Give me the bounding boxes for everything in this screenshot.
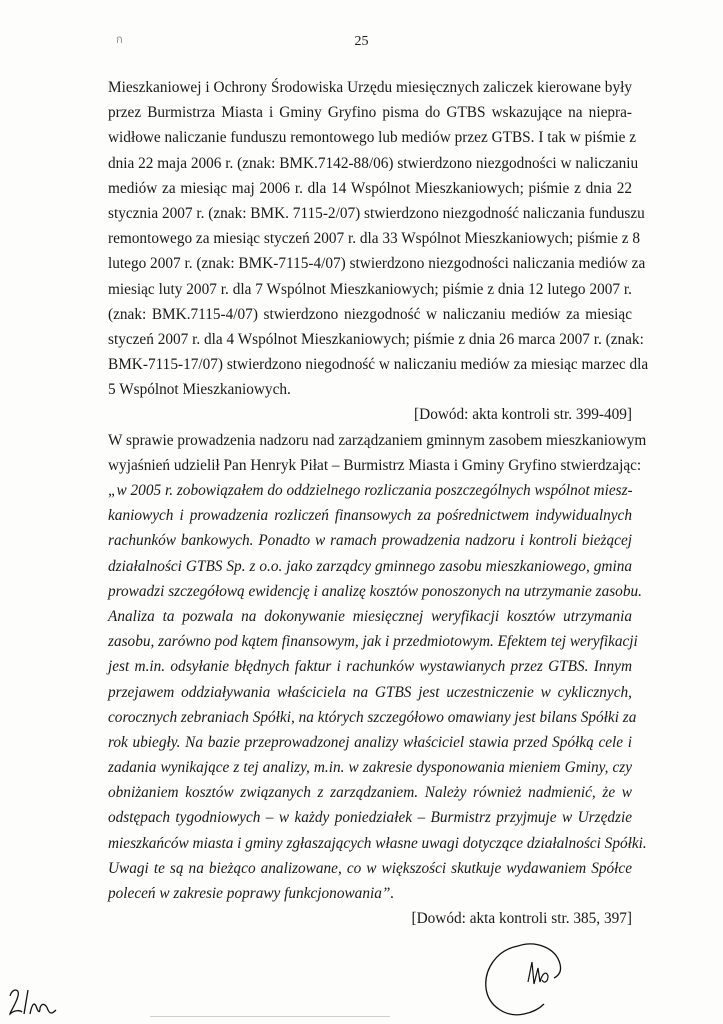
- text-line: mieszkańców miasta i gminy zgłaszających…: [108, 831, 632, 856]
- initials-icon: [6, 984, 66, 1018]
- text-line: dnia 22 maja 2006 r. (znak: BMK.7142-88/…: [108, 151, 632, 176]
- text-line: przez Burmistrza Miasta i Gminy Gryfino …: [108, 100, 632, 125]
- quoted-statement: „w 2005 r. zobowiązałem do oddzielnego r…: [108, 478, 632, 906]
- text-line: wyjaśnień udzielił Pan Henryk Piłat – Bu…: [108, 453, 632, 478]
- text-line: widłowe naliczanie funduszu remontowego …: [108, 125, 632, 150]
- paragraph-1: Mieszkaniowej i Ochrony Środowiska Urzęd…: [108, 75, 632, 402]
- text-line: miesiąc luty 2007 r. dla 7 Wspólnot Mies…: [108, 277, 632, 302]
- text-line: Mieszkaniowej i Ochrony Środowiska Urzęd…: [108, 75, 632, 100]
- signature-icon: [478, 940, 588, 1020]
- text-line: 5 Wspólnot Mieszkaniowych.: [108, 377, 632, 402]
- text-line: zasobu, zarówno pod kątem finansowym, ja…: [108, 629, 632, 654]
- text-line: BMK-7115-17/07) stwierdzono niegodność w…: [108, 352, 632, 377]
- text-line: kaniowych i prowadzenia rozliczeń finans…: [108, 503, 632, 528]
- text-line: lutego 2007 r. (znak: BMK-7115-4/07) stw…: [108, 251, 632, 276]
- text-line: Uwagi te są na bieżąco analizowane, co w…: [108, 856, 632, 881]
- text-line: corocznych zebraniach Spółki, na których…: [108, 705, 632, 730]
- document-body: Mieszkaniowej i Ochrony Środowiska Urzęd…: [108, 75, 632, 931]
- text-line: stycznia 2007 r. (znak: BMK. 7115-2/07) …: [108, 201, 632, 226]
- text-line: prowadzi szczegółową ewidencję i analizę…: [108, 579, 632, 604]
- text-line: mediów za miesiąc maj 2006 r. dla 14 Wsp…: [108, 176, 632, 201]
- bottom-rule: [150, 1016, 390, 1017]
- text-line: rachunków bankowych. Ponadto w ramach pr…: [108, 528, 632, 553]
- text-line: remontowego za miesiąc styczeń 2007 r. d…: [108, 226, 632, 251]
- text-line: obniżaniem kosztów związanych z zarządza…: [108, 780, 632, 805]
- text-line: (znak: BMK.7115-4/07) stwierdzono niezgo…: [108, 302, 632, 327]
- text-line: przejawem oddziaływania właściciela na G…: [108, 680, 632, 705]
- text-line: W sprawie prowadzenia nadzoru nad zarząd…: [108, 428, 632, 453]
- text-line: styczeń 2007 r. dla 4 Wspólnot Mieszkani…: [108, 327, 632, 352]
- evidence-citation-1: [Dowód: akta kontroli str. 399-409]: [108, 402, 632, 427]
- page-number: 25: [0, 34, 723, 50]
- text-line: odstępach tygodniowych – w każdy poniedz…: [108, 805, 632, 830]
- text-line: Analiza ta pozwala na dokonywanie miesię…: [108, 604, 632, 629]
- paragraph-2: W sprawie prowadzenia nadzoru nad zarząd…: [108, 428, 632, 478]
- text-line: zadania wynikające z tej analizy, m.in. …: [108, 755, 632, 780]
- evidence-citation-2: [Dowód: akta kontroli str. 385, 397]: [108, 906, 632, 931]
- text-line: „w 2005 r. zobowiązałem do oddzielnego r…: [108, 478, 632, 503]
- text-line: jest m.in. odsyłanie błędnych faktur i r…: [108, 654, 632, 679]
- text-line: działalności GTBS Sp. z o.o. jako zarząd…: [108, 554, 632, 579]
- text-line: rok ubiegły. Na bazie przeprowadzonej an…: [108, 730, 632, 755]
- text-line: poleceń w zakresie poprawy funkcjonowani…: [108, 881, 632, 906]
